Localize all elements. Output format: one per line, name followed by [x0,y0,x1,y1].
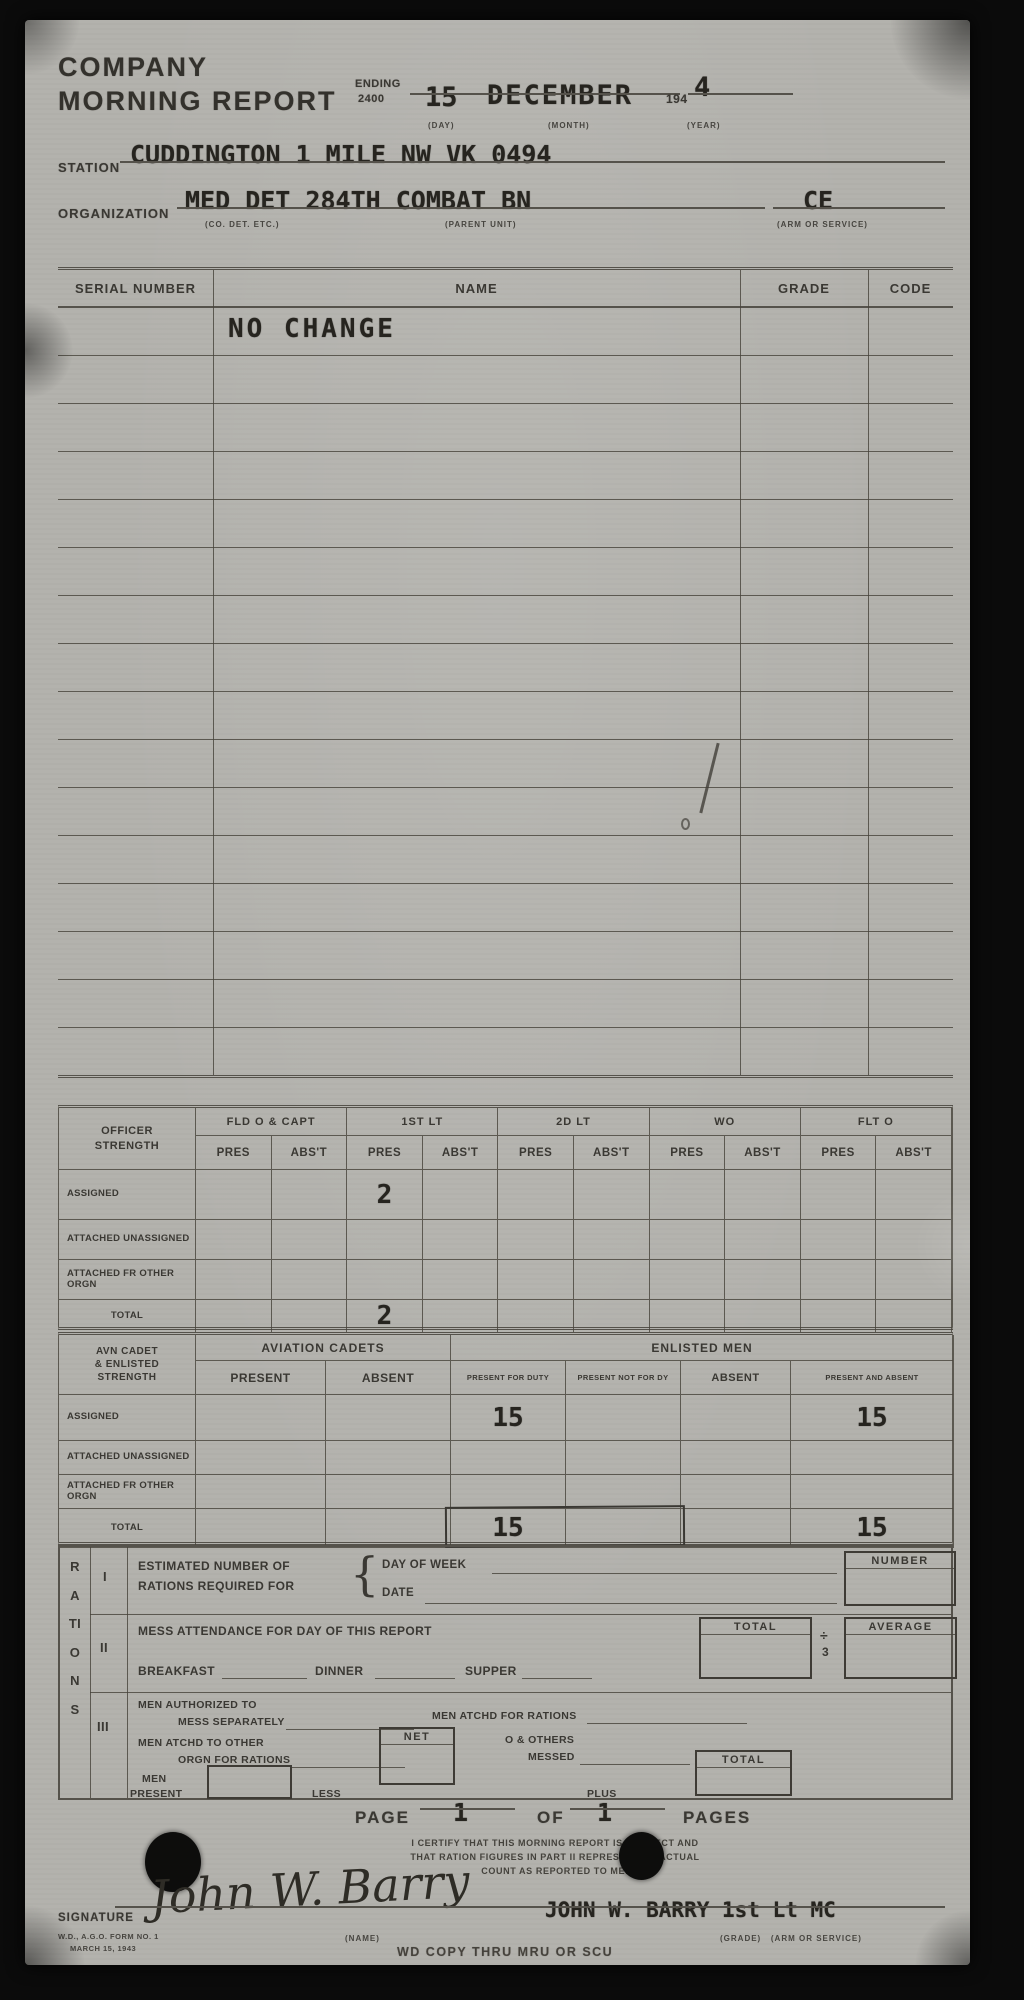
empty-cell [196,1475,326,1509]
subcol-abst: ABS'T [272,1136,348,1170]
roster-row [58,884,953,932]
roster-table: SERIAL NUMBER NAME GRADE CODE NO CHA [58,267,953,1078]
col-aviation-absent: ABSENT [326,1361,451,1395]
men-authorized-line2: MESS SEPARATELY [178,1716,285,1728]
enlisted-header-line1: AVN CADET [96,1345,158,1358]
enlisted-assigned-present-and-absent: 15 [791,1395,954,1441]
breakfast-label: BREAKFAST [138,1664,215,1678]
arm-of-service-value: CE [803,186,833,215]
empty-cell [801,1260,877,1300]
row-label-attached-fr-other-orgn: ATTACHED FR OTHER ORGN [59,1475,196,1509]
empty-cell [681,1509,791,1548]
empty-cell [801,1170,877,1220]
row-label-assigned: ASSIGNED [59,1395,196,1441]
empty-cell [326,1441,451,1475]
year-value: 4 [694,72,710,103]
section1-numeral: I [103,1569,107,1584]
year-line [688,93,793,95]
empty-cell [498,1260,574,1300]
rations-divider [90,1692,951,1693]
rations-divider [90,1547,91,1798]
roster-row [58,788,953,836]
col-aviation-present: PRESENT [196,1361,326,1395]
col-code: CODE [868,270,953,306]
group-flt-o: FLT O [801,1108,952,1136]
empty-cell [876,1300,952,1333]
row-label-total: TOTAL [59,1300,196,1333]
net-box-label: NET [381,1729,453,1745]
col-present-and-absent: PRESENT AND ABSENT [791,1361,954,1395]
roster-entry-name: NO CHANGE [228,314,396,344]
day-value: 15 [425,82,458,113]
morning-report-form: COMPANY MORNING REPORT ENDING 2400 15 (D… [25,20,970,1965]
empty-cell [725,1260,801,1300]
empty-cell [725,1170,801,1220]
supper-label: SUPPER [465,1664,517,1678]
group-2d-lt: 2D LT [498,1108,649,1136]
empty-cell [574,1260,650,1300]
officer-strength-header-line2: STRENGTH [95,1139,160,1153]
typed-signature: JOHN W. BARRY 1st Lt MC [545,1898,836,1922]
empty-cell [196,1395,326,1441]
enlisted-total-present-and-absent: 15 [791,1509,954,1548]
estimated-line2: RATIONS REQUIRED FOR [138,1579,294,1593]
empty-cell [566,1441,681,1475]
group-fld-o-capt: FLD O & CAPT [196,1108,347,1136]
day-of-week-label: DAY OF WEEK [382,1559,466,1571]
empty-cell [272,1220,348,1260]
punch-hole [619,1832,664,1880]
net-box: NET [379,1727,455,1785]
empty-cell [196,1260,272,1300]
group-1st-lt: 1ST LT [347,1108,498,1136]
empty-cell [681,1395,791,1441]
empty-cell [423,1300,499,1333]
empty-cell [725,1300,801,1333]
men-atchd-for-rations-line [587,1723,747,1724]
arm-of-service-hint: (ARM OR SERVICE) [777,220,868,229]
form-title-line1: COMPANY [58,52,208,83]
empty-cell [876,1260,952,1300]
roster-row [58,404,953,452]
roster-row [58,452,953,500]
roster-row [58,980,953,1028]
roster-row [58,644,953,692]
station-line [120,161,945,163]
month-value: DECEMBER [487,80,633,111]
officer-strength-header-line1: OFFICER [101,1124,153,1138]
unit-hint: (CO. DET. ETC.) [205,220,280,229]
empty-cell [326,1475,451,1509]
empty-cell [650,1260,726,1300]
total-box-iii-label: TOTAL [697,1752,790,1768]
subcol-abst: ABS'T [423,1136,499,1170]
group-wo: WO [650,1108,801,1136]
empty-cell [196,1509,326,1548]
total-box-iii: TOTAL [695,1750,792,1796]
men-atchd-for-rations-label: MEN ATCHD FOR RATIONS [432,1710,577,1722]
empty-cell [451,1475,566,1509]
empty-cell [574,1220,650,1260]
number-box: NUMBER [844,1551,956,1606]
empty-cell [272,1300,348,1333]
officer-assigned-1st-lt-pres: 2 [347,1170,423,1220]
empty-cell [451,1441,566,1475]
brace-glyph: { [350,1547,380,1601]
roster-row [58,740,953,788]
signature-line [115,1906,945,1908]
roster-row [58,548,953,596]
parent-unit-hint: (PARENT UNIT) [445,220,517,229]
subcol-abst: ABS'T [574,1136,650,1170]
certification-line1: I CERTIFY THAT THIS MORNING REPORT IS CO… [325,1836,785,1850]
empty-cell [681,1441,791,1475]
section3-numeral: III [97,1719,109,1734]
roster-divider [868,270,869,1075]
empty-cell [326,1395,451,1441]
men-authorized-line1: MEN AUTHORIZED TO [138,1699,257,1711]
roster-row [58,932,953,980]
breakfast-line [222,1678,307,1679]
rations-divider [127,1547,128,1798]
date-label: DATE [382,1587,414,1599]
arm-of-service-line [773,207,945,209]
empty-cell [423,1260,499,1300]
empty-cell [566,1475,681,1509]
organization-line [177,207,765,209]
empty-cell [196,1300,272,1333]
col-enlisted-absent: ABSENT [681,1361,791,1395]
roster-header-row: SERIAL NUMBER NAME GRADE CODE [58,270,953,308]
ending-time: 2400 [358,93,384,105]
empty-cell [272,1170,348,1220]
enlisted-header-line3: STRENGTH [98,1371,157,1384]
grade-arm-hint: (GRADE) (ARM OR SERVICE) [720,1934,862,1943]
empty-cell [574,1300,650,1333]
name-hint: (NAME) [345,1934,380,1943]
section2-numeral: II [100,1640,108,1655]
number-box-label: NUMBER [846,1553,954,1569]
officer-strength-table: OFFICER STRENGTH FLD O & CAPT 1ST LT 2D … [58,1105,953,1330]
empty-cell [347,1260,423,1300]
total-box: TOTAL [699,1617,812,1679]
empty-cell [196,1220,272,1260]
mess-attendance-title: MESS ATTENDANCE FOR DAY OF THIS REPORT [138,1624,432,1638]
row-label-attached-unassigned: ATTACHED UNASSIGNED [59,1220,196,1260]
row-label-assigned: ASSIGNED [59,1170,196,1220]
less-label: LESS [312,1788,341,1800]
empty-cell [498,1170,574,1220]
pages-label: PAGES [683,1808,751,1828]
col-name: NAME [213,270,740,306]
roster-row [58,596,953,644]
empty-cell [272,1260,348,1300]
ending-label: ENDING [355,78,401,90]
atchd-other-line1: MEN ATCHD TO OTHER [138,1737,264,1749]
col-grade: GRADE [740,270,868,306]
enlisted-header-line2: & ENLISTED [95,1358,159,1371]
roster-row [58,1028,953,1075]
empty-cell [566,1395,681,1441]
estimated-line1: ESTIMATED NUMBER OF [138,1559,290,1573]
stray-pen-mark [681,818,690,830]
month-hint: (MONTH) [548,121,590,130]
empty-cell [650,1170,726,1220]
empty-cell [326,1509,451,1548]
empty-cell [650,1220,726,1260]
routing-note: WD COPY THRU MRU OR SCU [397,1945,613,1959]
empty-cell [801,1220,877,1260]
signature-label: SIGNATURE [58,1912,134,1924]
subcol-pres: PRES [498,1136,574,1170]
roster-row [58,692,953,740]
day-hint: (DAY) [428,121,454,130]
men-present-box [207,1765,292,1799]
year-hint: (YEAR) [687,121,721,130]
subcol-pres: PRES [196,1136,272,1170]
enlisted-strength-header: AVN CADET & ENLISTED STRENGTH [59,1335,196,1395]
pages-line [570,1808,665,1810]
enlisted-assigned-present-for-duty: 15 [451,1395,566,1441]
roster-row [58,308,953,356]
roster-row [58,500,953,548]
empty-cell [725,1220,801,1260]
average-box: AVERAGE [844,1617,957,1679]
roster-row [58,836,953,884]
station-label: STATION [58,160,120,175]
col-serial-number: SERIAL NUMBER [58,270,213,306]
roster-divider [740,270,741,1075]
page-label: PAGE [355,1808,410,1828]
roster-divider [213,270,214,1075]
messed-line [580,1764,690,1765]
form-title-line2: MORNING REPORT [58,86,337,117]
subcol-pres: PRES [347,1136,423,1170]
of-label: OF [537,1808,565,1828]
group-enlisted-men: ENLISTED MEN [451,1335,954,1361]
empty-cell [347,1220,423,1260]
total-pages: 1 [597,1798,612,1827]
empty-cell [876,1220,952,1260]
subcol-pres: PRES [801,1136,877,1170]
date-line [425,1603,837,1604]
officer-strength-header: OFFICER STRENGTH [59,1108,196,1170]
subcol-abst: ABS'T [725,1136,801,1170]
row-label-attached-fr-other-orgn: ATTACHED FR OTHER ORGN [59,1260,196,1300]
group-aviation-cadets: AVIATION CADETS [196,1335,451,1361]
o-and-others-line2: MESSED [528,1751,575,1763]
divisor-number: 3 [822,1645,829,1659]
empty-cell [498,1220,574,1260]
subcol-abst: ABS'T [876,1136,952,1170]
men-present-line1: MEN [142,1773,167,1785]
officer-total-1st-lt-pres: 2 [347,1300,423,1333]
empty-cell [196,1170,272,1220]
form-number: W.D., A.G.O. FORM NO. 1 [58,1932,159,1941]
empty-cell [650,1300,726,1333]
row-label-total: TOTAL [59,1509,196,1548]
divide-symbol: ÷ [820,1627,828,1643]
organization-value: MED DET 284TH COMBAT BN [185,186,531,215]
rations-vertical-label: RATIONS [68,1553,82,1724]
station-value: CUDDINGTON 1 MILE NW VK 0494 [130,140,551,169]
empty-cell [423,1170,499,1220]
roster-row [58,356,953,404]
subcol-pres: PRES [650,1136,726,1170]
page-number: 1 [453,1798,468,1827]
empty-cell [423,1220,499,1260]
average-box-label: AVERAGE [846,1619,955,1635]
page-line [420,1808,515,1810]
empty-cell [801,1300,877,1333]
organization-label: ORGANIZATION [58,206,169,221]
empty-cell [791,1441,954,1475]
rations-divider [90,1614,951,1615]
o-and-others-line1: O & OTHERS [505,1734,574,1746]
empty-cell [574,1170,650,1220]
row-label-attached-unassigned: ATTACHED UNASSIGNED [59,1441,196,1475]
dinner-line [375,1678,455,1679]
empty-cell [876,1170,952,1220]
empty-cell [498,1300,574,1333]
col-present-for-duty: PRESENT FOR DUTY [451,1361,566,1395]
handdrawn-total-box [445,1505,685,1548]
rations-panel: RATIONS I ESTIMATED NUMBER OF RATIONS RE… [58,1545,953,1800]
col-present-not-for-dy: PRESENT NOT FOR DY [566,1361,681,1395]
empty-cell [791,1475,954,1509]
form-date: MARCH 15, 1943 [70,1944,136,1953]
year-prefix: 194 [666,92,688,106]
total-box-label: TOTAL [701,1619,810,1635]
day-of-week-line [492,1573,837,1574]
empty-cell [196,1441,326,1475]
roster-body [58,308,953,1075]
dinner-label: DINNER [315,1664,363,1678]
men-present-line2: PRESENT [130,1788,182,1800]
empty-cell [681,1475,791,1509]
supper-line [522,1678,592,1679]
month-line [480,93,680,95]
